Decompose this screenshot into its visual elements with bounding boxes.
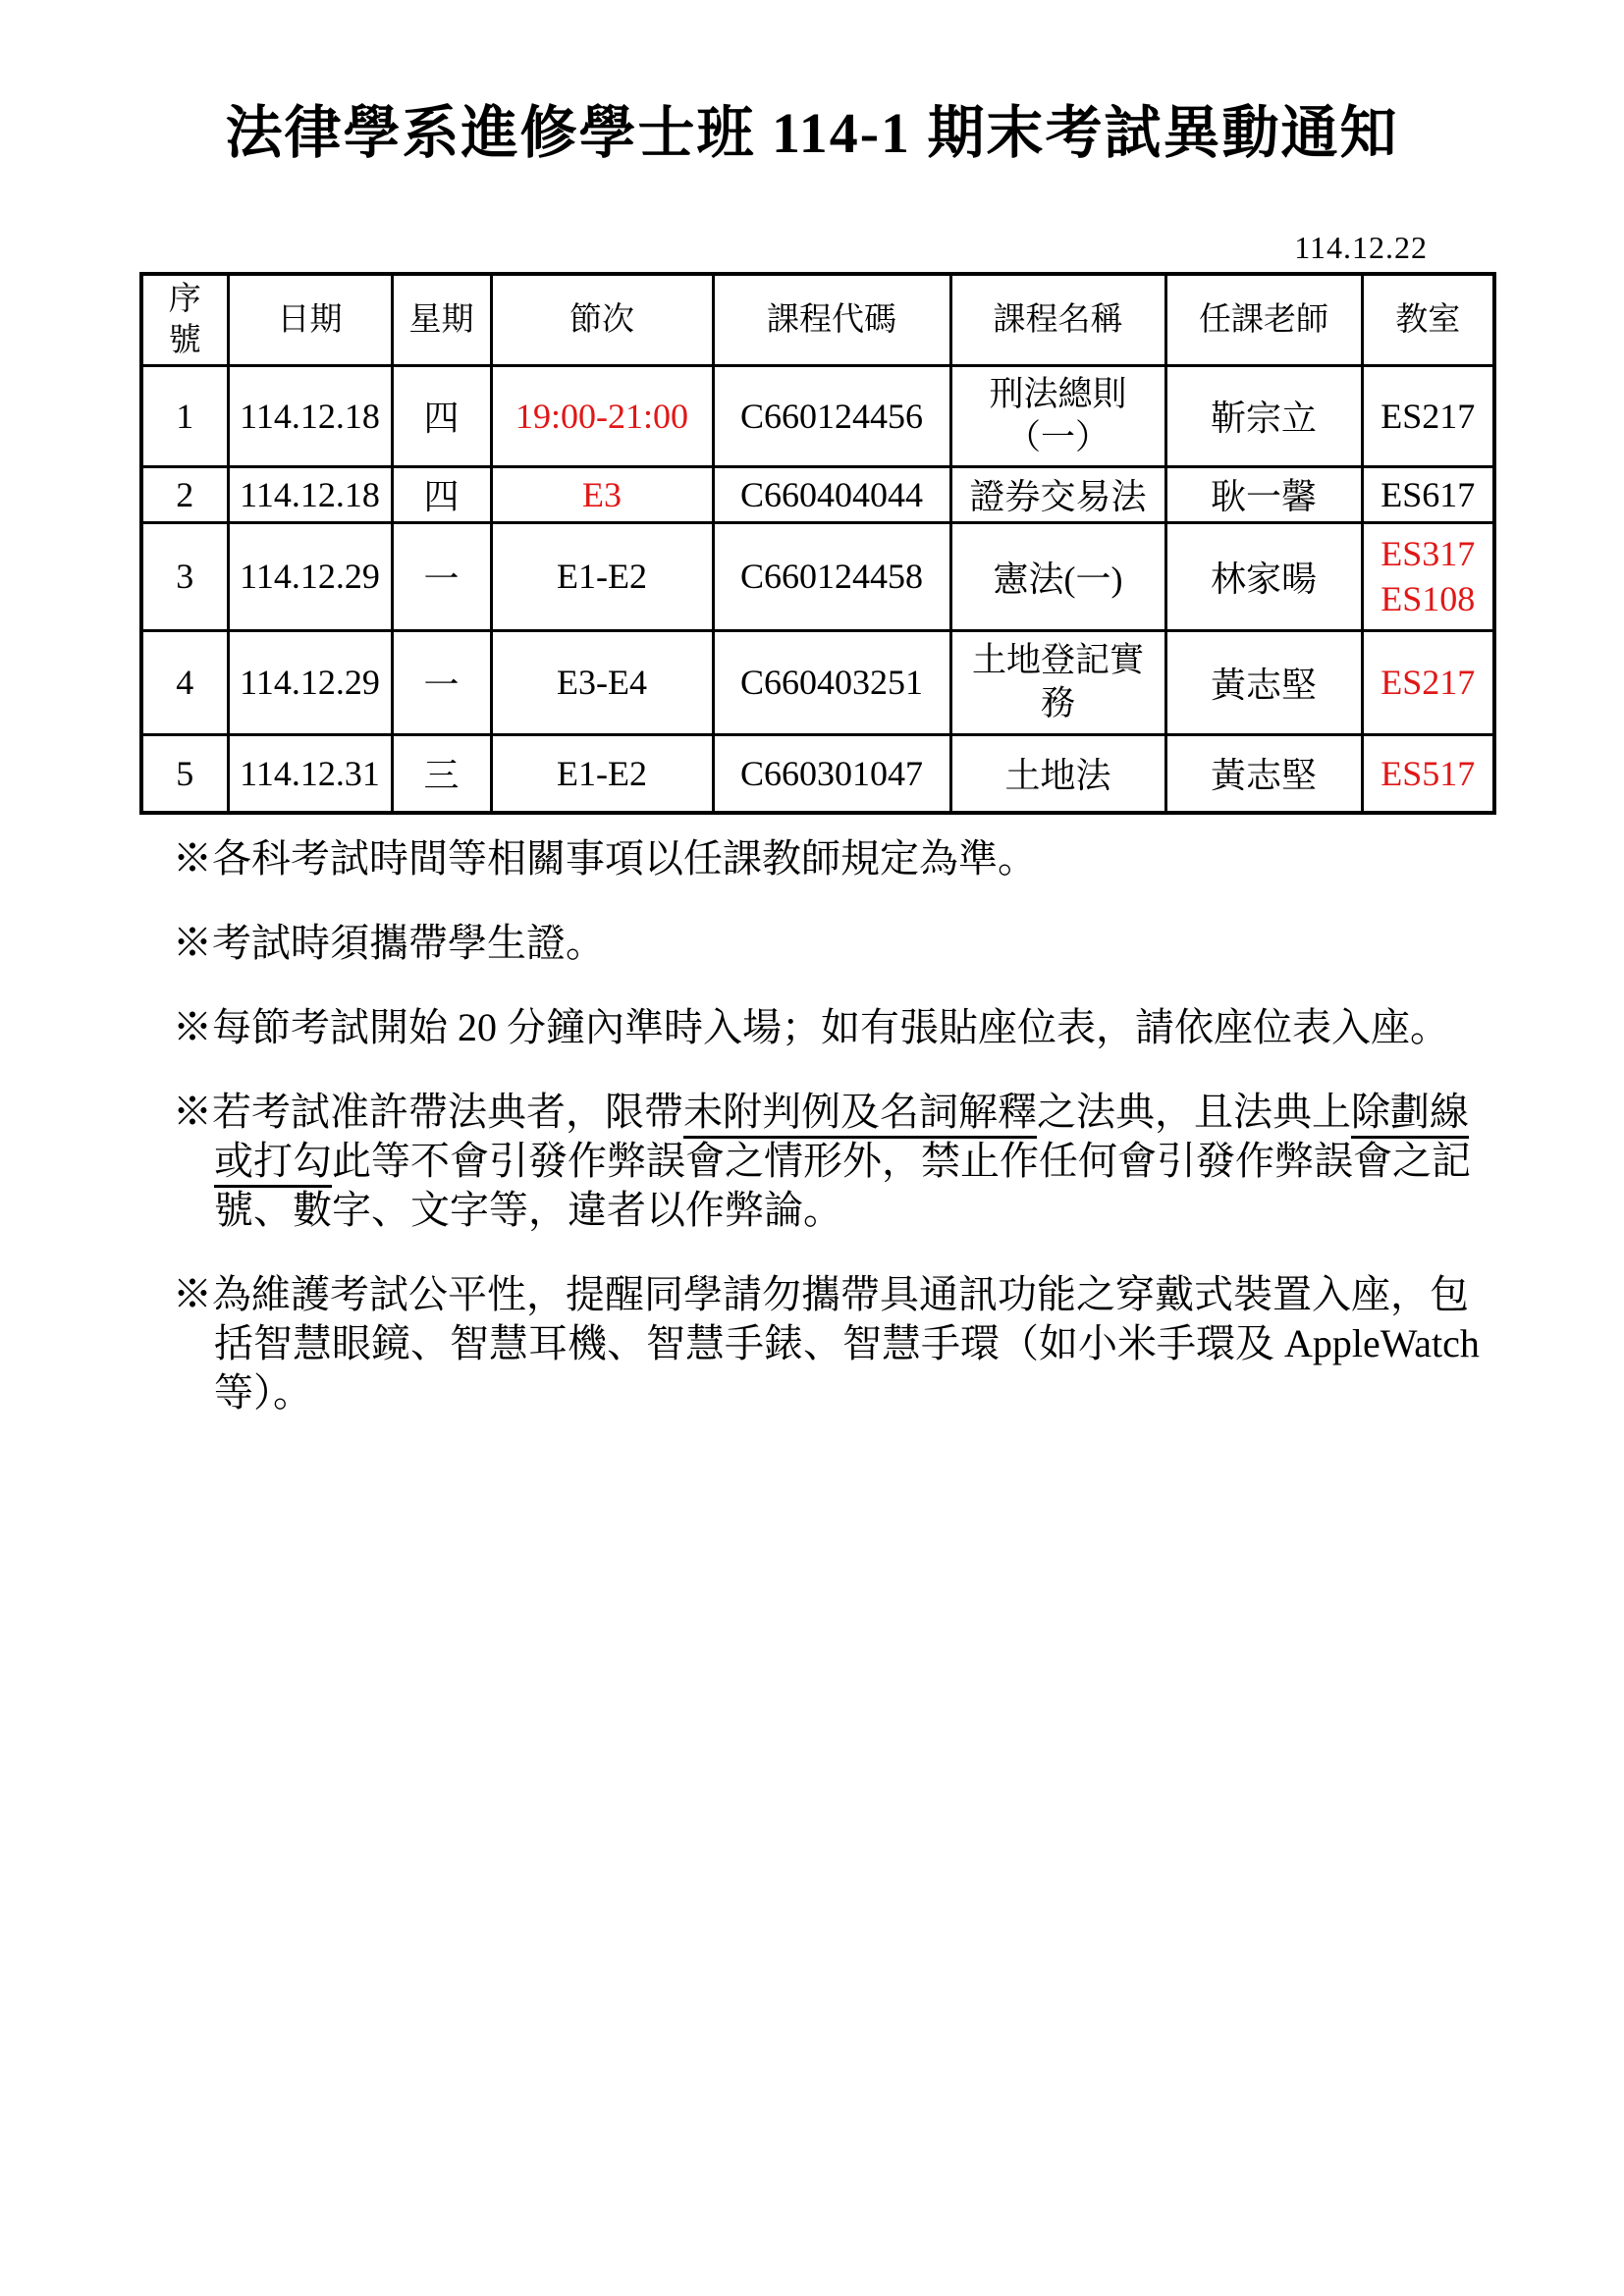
doc-date: 114.12.22 xyxy=(1294,230,1428,266)
course-name-line1: 土地登記實 xyxy=(954,639,1163,682)
table-row: 3 114.12.29 一 E1-E2 C660124458 憲法(一) 林家暘… xyxy=(141,522,1494,630)
col-header-course-name: 課程名稱 xyxy=(950,274,1165,365)
note-5-line1: ※為維護考試公平性，提醒同學請勿攜帶具通訊功能之穿戴式裝置入座，包 xyxy=(173,1270,1508,1319)
cell-course-code: C660403251 xyxy=(713,630,950,734)
cell-date: 114.12.29 xyxy=(228,630,392,734)
cell-serial: 4 xyxy=(141,630,228,734)
cell-period: E1-E2 xyxy=(491,734,713,813)
note-4-seg3: 之法典，且法典上 xyxy=(1037,1090,1351,1134)
document-page: 法律學系進修學士班 114-1 期末考試異動通知 114.12.22 序 號 日… xyxy=(0,0,1624,2296)
cell-room: ES217 xyxy=(1362,630,1494,734)
cell-serial: 5 xyxy=(141,734,228,813)
cell-room: ES617 xyxy=(1362,466,1494,522)
note-3: ※每節考試開始 20 分鐘內準時入場；如有張貼座位表，請依座位表入座。 xyxy=(173,1003,1508,1052)
cell-course-name: 土地登記實 務 xyxy=(950,630,1165,734)
room-line2: ES108 xyxy=(1366,576,1491,621)
note-2-text: ※考試時須攜帶學生證。 xyxy=(173,919,1508,968)
note-4-seg5: 此等不會引發作弊誤會之情形外，禁止作任何會引發作弊誤會之記 xyxy=(332,1139,1471,1183)
cell-date: 114.12.18 xyxy=(228,365,392,466)
note-5: ※為維護考試公平性，提醒同學請勿攜帶具通訊功能之穿戴式裝置入座，包 括智慧眼鏡、… xyxy=(173,1270,1508,1417)
cell-room: ES317 ES108 xyxy=(1362,522,1494,630)
cell-course-code: C660124458 xyxy=(713,522,950,630)
col-header-weekday: 星期 xyxy=(392,274,491,365)
note-5-line2: 括智慧眼鏡、智慧耳機、智慧手錶、智慧手環（如小米手環及 AppleWatch xyxy=(173,1319,1508,1368)
cell-teacher: 林家暘 xyxy=(1165,522,1362,630)
note-1: ※各科考試時間等相關事項以任課教師規定為準。 xyxy=(173,834,1508,883)
note-2: ※考試時須攜帶學生證。 xyxy=(173,919,1508,968)
cell-date: 114.12.31 xyxy=(228,734,392,813)
cell-course-name: 刑法總則 （一） xyxy=(950,365,1165,466)
cell-teacher: 黃志堅 xyxy=(1165,630,1362,734)
cell-date: 114.12.29 xyxy=(228,522,392,630)
cell-room: ES217 xyxy=(1362,365,1494,466)
col-header-date: 日期 xyxy=(228,274,392,365)
cell-period: E3 xyxy=(491,466,713,522)
cell-period: 19:00-21:00 xyxy=(491,365,713,466)
table-row: 4 114.12.29 一 E3-E4 C660403251 土地登記實 務 黃… xyxy=(141,630,1494,734)
course-name-line2: （一） xyxy=(954,416,1163,459)
cell-date: 114.12.18 xyxy=(228,466,392,522)
cell-room: ES517 xyxy=(1362,734,1494,813)
col-header-teacher: 任課老師 xyxy=(1165,274,1362,365)
cell-course-name: 憲法(一) xyxy=(950,522,1165,630)
cell-period: E3-E4 xyxy=(491,630,713,734)
col-header-period: 節次 xyxy=(491,274,713,365)
note-4-underline-3: 或打勾 xyxy=(214,1139,332,1188)
exam-change-table: 序 號 日期 星期 節次 課程代碼 課程名稱 任課老師 教室 1 114.12.… xyxy=(139,272,1496,815)
note-4-line3: 號、數字、文字等，違者以作弊論。 xyxy=(173,1186,1508,1235)
cell-course-code: C660404044 xyxy=(713,466,950,522)
cell-course-name: 證券交易法 xyxy=(950,466,1165,522)
cell-teacher: 靳宗立 xyxy=(1165,365,1362,466)
notes-section: ※各科考試時間等相關事項以任課教師規定為準。 ※考試時須攜帶學生證。 ※每節考試… xyxy=(173,834,1508,1453)
page-title: 法律學系進修學士班 114-1 期末考試異動通知 xyxy=(0,86,1624,169)
table-row: 2 114.12.18 四 E3 C660404044 證券交易法 耿一馨 ES… xyxy=(141,466,1494,522)
col-header-course-code: 課程代碼 xyxy=(713,274,950,365)
cell-serial: 2 xyxy=(141,466,228,522)
cell-period: E1-E2 xyxy=(491,522,713,630)
cell-weekday: 四 xyxy=(392,466,491,522)
note-5-line3: 等）。 xyxy=(173,1368,1508,1417)
col-header-serial-line2: 號 xyxy=(145,320,225,361)
note-4: ※若考試准許帶法典者，限帶未附判例及名詞解釋之法典，且法典上除劃線 或打勾此等不… xyxy=(173,1088,1508,1235)
cell-weekday: 三 xyxy=(392,734,491,813)
course-name-line1: 刑法總則 xyxy=(954,373,1163,416)
table-row: 1 114.12.18 四 19:00-21:00 C660124456 刑法總… xyxy=(141,365,1494,466)
note-1-text: ※各科考試時間等相關事項以任課教師規定為準。 xyxy=(173,834,1508,883)
table-header-row: 序 號 日期 星期 節次 課程代碼 課程名稱 任課老師 教室 xyxy=(141,274,1494,365)
cell-weekday: 四 xyxy=(392,365,491,466)
col-header-serial-line1: 序 xyxy=(145,279,225,320)
cell-serial: 3 xyxy=(141,522,228,630)
note-4-seg1: ※若考試准許帶法典者，限帶 xyxy=(173,1090,683,1134)
note-4-line1: ※若考試准許帶法典者，限帶未附判例及名詞解釋之法典，且法典上除劃線 xyxy=(173,1088,1508,1137)
cell-course-code: C660124456 xyxy=(713,365,950,466)
cell-teacher: 黃志堅 xyxy=(1165,734,1362,813)
room-line1: ES317 xyxy=(1366,531,1491,576)
col-header-serial: 序 號 xyxy=(141,274,228,365)
cell-weekday: 一 xyxy=(392,630,491,734)
note-4-underline-2: 除劃線 xyxy=(1351,1090,1469,1139)
col-header-room: 教室 xyxy=(1362,274,1494,365)
note-3-text: ※每節考試開始 20 分鐘內準時入場；如有張貼座位表，請依座位表入座。 xyxy=(173,1003,1508,1052)
cell-teacher: 耿一馨 xyxy=(1165,466,1362,522)
cell-serial: 1 xyxy=(141,365,228,466)
table-row: 5 114.12.31 三 E1-E2 C660301047 土地法 黃志堅 E… xyxy=(141,734,1494,813)
cell-course-code: C660301047 xyxy=(713,734,950,813)
cell-weekday: 一 xyxy=(392,522,491,630)
course-name-line2: 務 xyxy=(954,682,1163,725)
note-4-underline-1: 未附判例及名詞解釋 xyxy=(683,1090,1037,1139)
cell-course-name: 土地法 xyxy=(950,734,1165,813)
note-4-line2: 或打勾此等不會引發作弊誤會之情形外，禁止作任何會引發作弊誤會之記 xyxy=(173,1137,1508,1186)
